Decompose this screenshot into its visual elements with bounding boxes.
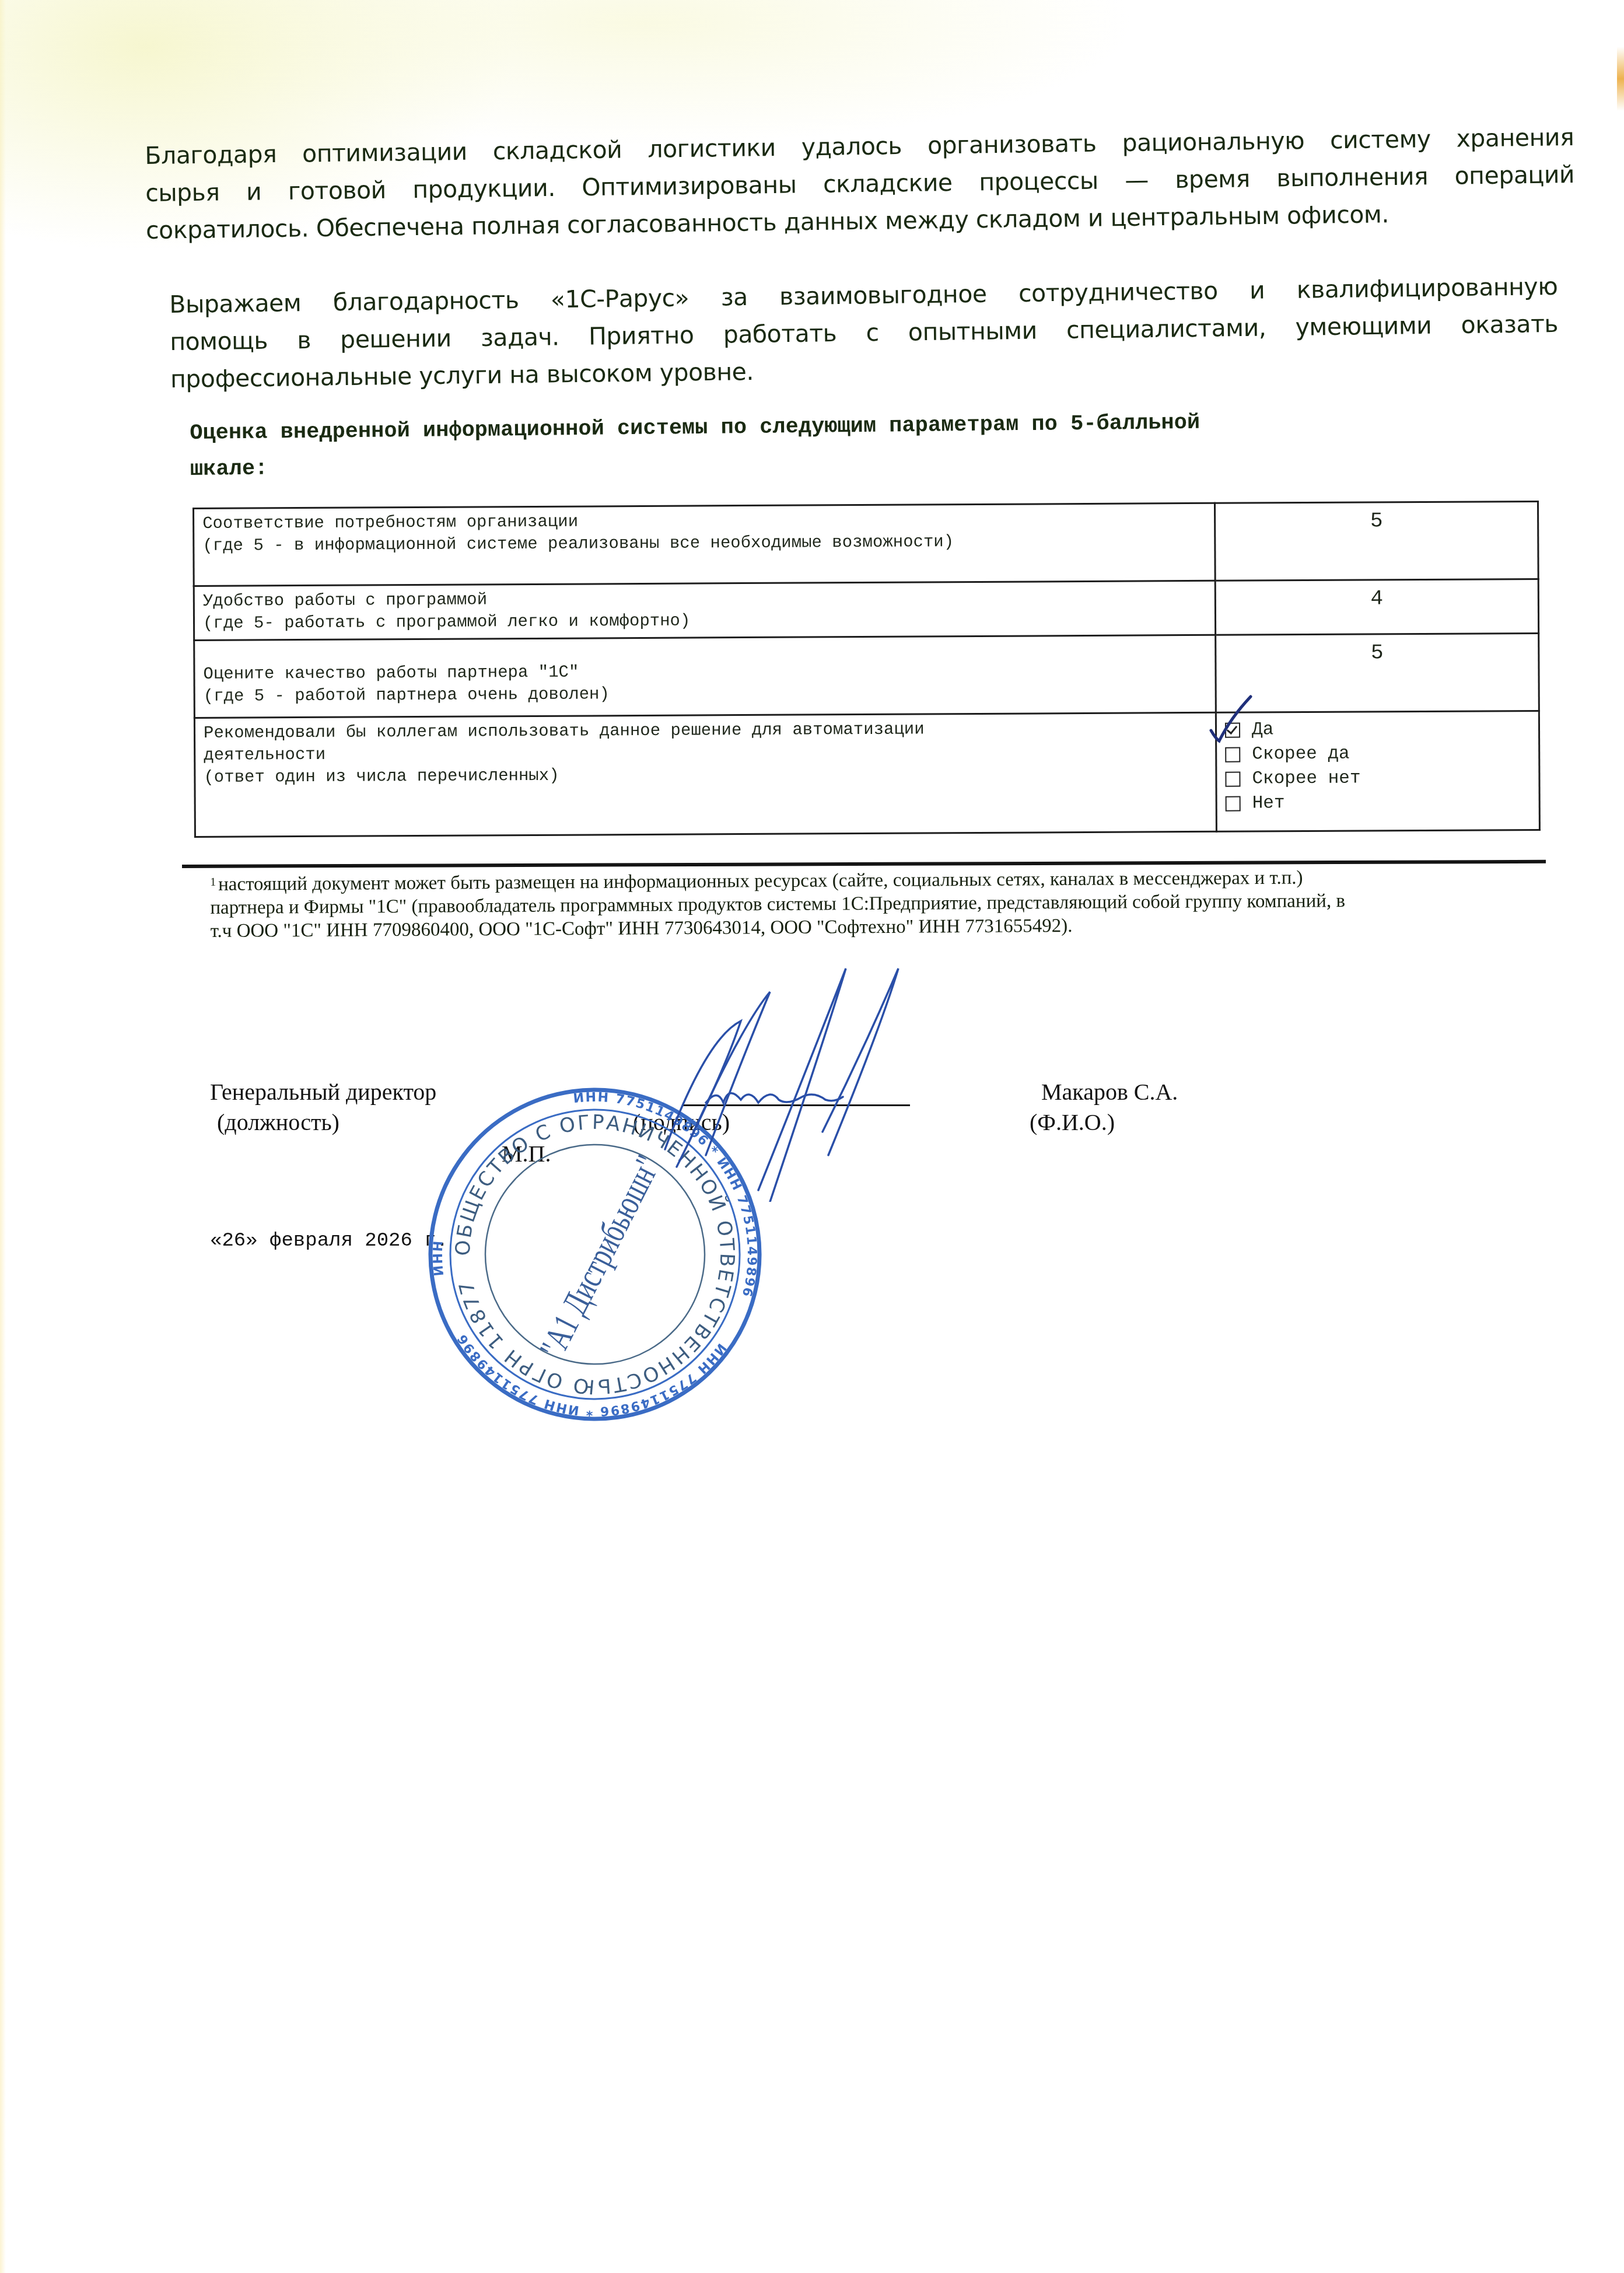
table-row: Соответствие потребностям организации (г… [194,501,1539,586]
criterion-cell: Соответствие потребностям организации (г… [194,503,1216,586]
criterion-cell: Удобство работы с программой (где 5- раб… [194,581,1215,640]
table-row: Рекомендовали бы коллегам использовать д… [194,711,1539,837]
rating-table-container: Соответствие потребностям организации (г… [192,501,1541,838]
svg-text:"А1 Дистрибьюшн": "А1 Дистрибьюшн" [532,1149,668,1365]
checkbox-empty-icon[interactable] [1225,747,1240,762]
recommend-options-cell: Да Скорее да Скорее нет Нет [1216,711,1539,831]
signer-name-caption: (Ф.И.О.) [1030,1108,1115,1136]
table-row: Оцените качество работы партнера "1С" (г… [194,633,1539,718]
criterion-hint: (где 5 - в информационной системе реализ… [202,530,1206,557]
option-label: Нет [1252,791,1285,816]
score-cell[interactable]: 5 [1214,501,1538,581]
criterion-cell: Рекомендовали бы коллегам использовать д… [194,712,1216,837]
option-label: Скорее нет [1252,766,1360,791]
option-no[interactable]: Нет [1222,790,1534,816]
score-cell[interactable]: 5 [1216,633,1539,712]
option-yes[interactable]: Да [1221,716,1534,743]
criterion-cell: Оцените качество работы партнера "1С" (г… [194,635,1216,718]
paper-edge-shadow [1617,47,1624,111]
checkbox-empty-icon[interactable] [1226,796,1241,811]
rating-table: Соответствие потребностям организации (г… [192,501,1541,838]
checkbox-empty-icon[interactable] [1225,771,1240,786]
criterion-hint: (где 5- работать с программой легко и ко… [203,607,1206,635]
table-row: Удобство работы с программой (где 5- раб… [194,579,1538,640]
pen-checkmark-icon [1207,694,1254,747]
criterion-hint: (ответ один из числа перечисленных) [204,761,1207,789]
svg-text:ИНН 7751149896 * ИНН 775114989: ИНН 7751149896 * ИНН 7751149896 [453,1295,736,1429]
option-label: Да [1252,718,1273,742]
option-rather-yes[interactable]: Скорее да [1221,741,1534,767]
handwritten-signature-icon [653,957,957,1202]
criterion-hint: (где 5 - работой партнера очень доволен) [204,680,1207,708]
position-title: Генеральный директор [210,1078,436,1106]
paragraph-gratitude: Выражаем благодарность «1С-Рарус» за вза… [169,268,1559,398]
paragraph-logistics: Благодаря оптимизации складской логистик… [145,118,1575,249]
rating-heading: Оценка внедренной информационной системы… [190,401,1508,488]
footnote-marker: 1 [210,876,216,889]
position-caption: (должность) [217,1108,339,1136]
document-date: «26» февраля 2026 г. [210,1230,448,1252]
option-label: Скорее да [1252,742,1350,767]
signer-name: Макаров С.А. [1041,1078,1178,1106]
score-cell[interactable]: 4 [1215,579,1538,635]
footnote: 1настоящий документ может быть размещен … [210,865,1546,943]
option-rather-no[interactable]: Скорее нет [1221,765,1534,792]
